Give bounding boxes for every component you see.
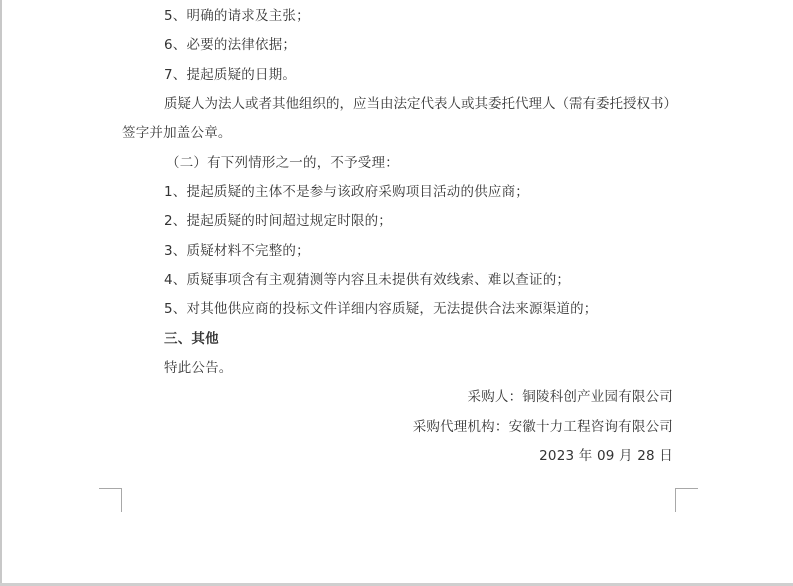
- rejection-conditions-heading: （二）有下列情形之一的，不予受理：: [166, 154, 399, 172]
- signature-date: 2023 年 09 月 28 日: [539, 447, 673, 465]
- agency-signature: 采购代理机构：安徽十力工程咨询有限公司: [413, 418, 673, 436]
- rejection-item-3: 3、质疑材料不完整的；: [164, 242, 310, 260]
- document-page: 5、明确的请求及主张； 6、必要的法律依据； 7、提起质疑的日期。 质疑人为法人…: [0, 0, 793, 583]
- page-corner-mark-left: [99, 488, 122, 512]
- legal-person-paragraph-line-2: 签字并加盖公章。: [122, 124, 232, 142]
- rejection-item-1: 1、提起质疑的主体不是参与该政府采购项目活动的供应商；: [164, 183, 529, 201]
- rejection-item-4: 4、质疑事项含有主观猜测等内容且未提供有效线索、难以查证的；: [164, 271, 570, 289]
- requirement-item-5: 5、明确的请求及主张；: [164, 7, 310, 25]
- rejection-item-2: 2、提起质疑的时间超过规定时限的；: [164, 212, 392, 230]
- rejection-item-5: 5、对其他供应商的投标文件详细内容质疑，无法提供合法来源渠道的；: [164, 300, 598, 318]
- legal-person-paragraph-line-1: 质疑人为法人或者其他组织的，应当由法定代表人或其委托代理人（需有委托授权书）: [164, 95, 677, 113]
- section-3-heading: 三、其他: [164, 330, 219, 348]
- requirement-item-6: 6、必要的法律依据；: [164, 36, 296, 54]
- page-corner-mark-right: [675, 488, 698, 512]
- purchaser-signature: 采购人：铜陵科创产业园有限公司: [468, 388, 674, 406]
- notice-text: 特此公告。: [164, 359, 233, 377]
- requirement-item-7: 7、提起质疑的日期。: [164, 66, 296, 84]
